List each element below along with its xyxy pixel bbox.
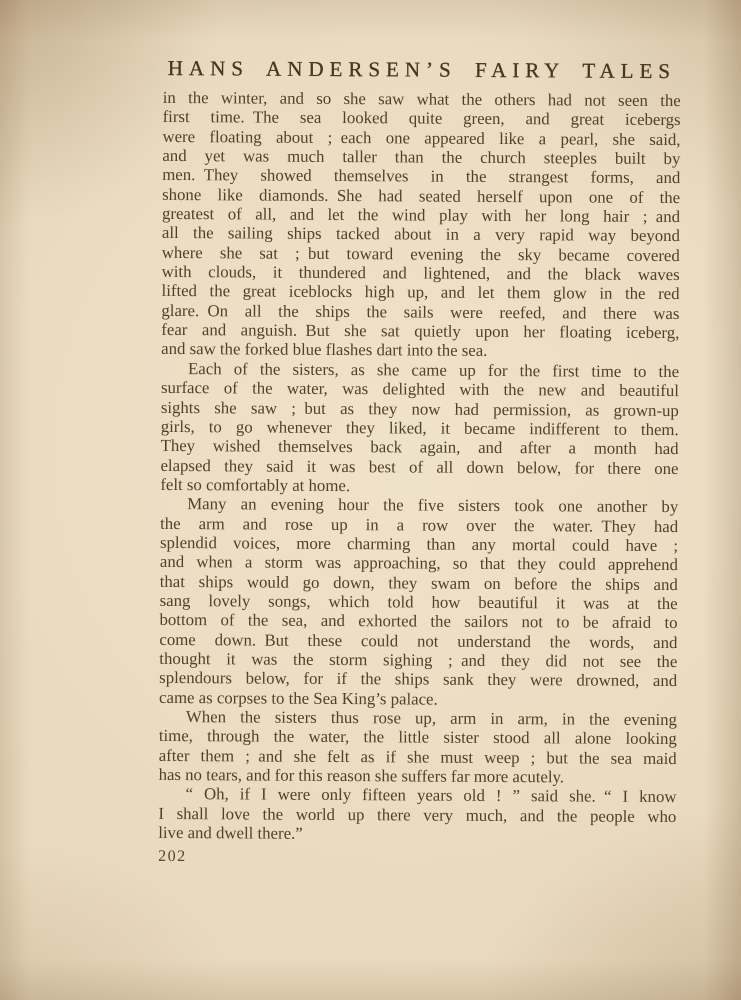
text-line: live and dwell there.” — [158, 823, 676, 846]
page-content: HANS ANDERSEN’S FAIRY TALES in the winte… — [158, 56, 681, 870]
text-line: bottom of the sea, and exhorted the sail… — [159, 610, 677, 633]
paragraph: When the sisters thus rose up, arm in ar… — [158, 707, 677, 846]
page-number: 202 — [158, 848, 676, 869]
paragraph: Many an evening hour the five sisters to… — [159, 494, 678, 710]
paragraph: Each of the sisters, as she came up for … — [160, 359, 679, 498]
page-title: HANS ANDERSEN’S FAIRY TALES — [163, 56, 681, 84]
body-text: in the winter, and so she saw what the o… — [158, 88, 681, 846]
paragraph: in the winter, and so she saw what the o… — [161, 88, 681, 362]
text-line: surface of the water, was delighted with… — [161, 378, 679, 401]
text-line: They wished themselves back again, and a… — [161, 436, 679, 459]
text-line: splendours below, for if the ships sank … — [159, 668, 677, 691]
text-line: Many an evening hour the five sisters to… — [160, 494, 678, 517]
text-line: and when a storm was approaching, so tha… — [160, 552, 678, 575]
